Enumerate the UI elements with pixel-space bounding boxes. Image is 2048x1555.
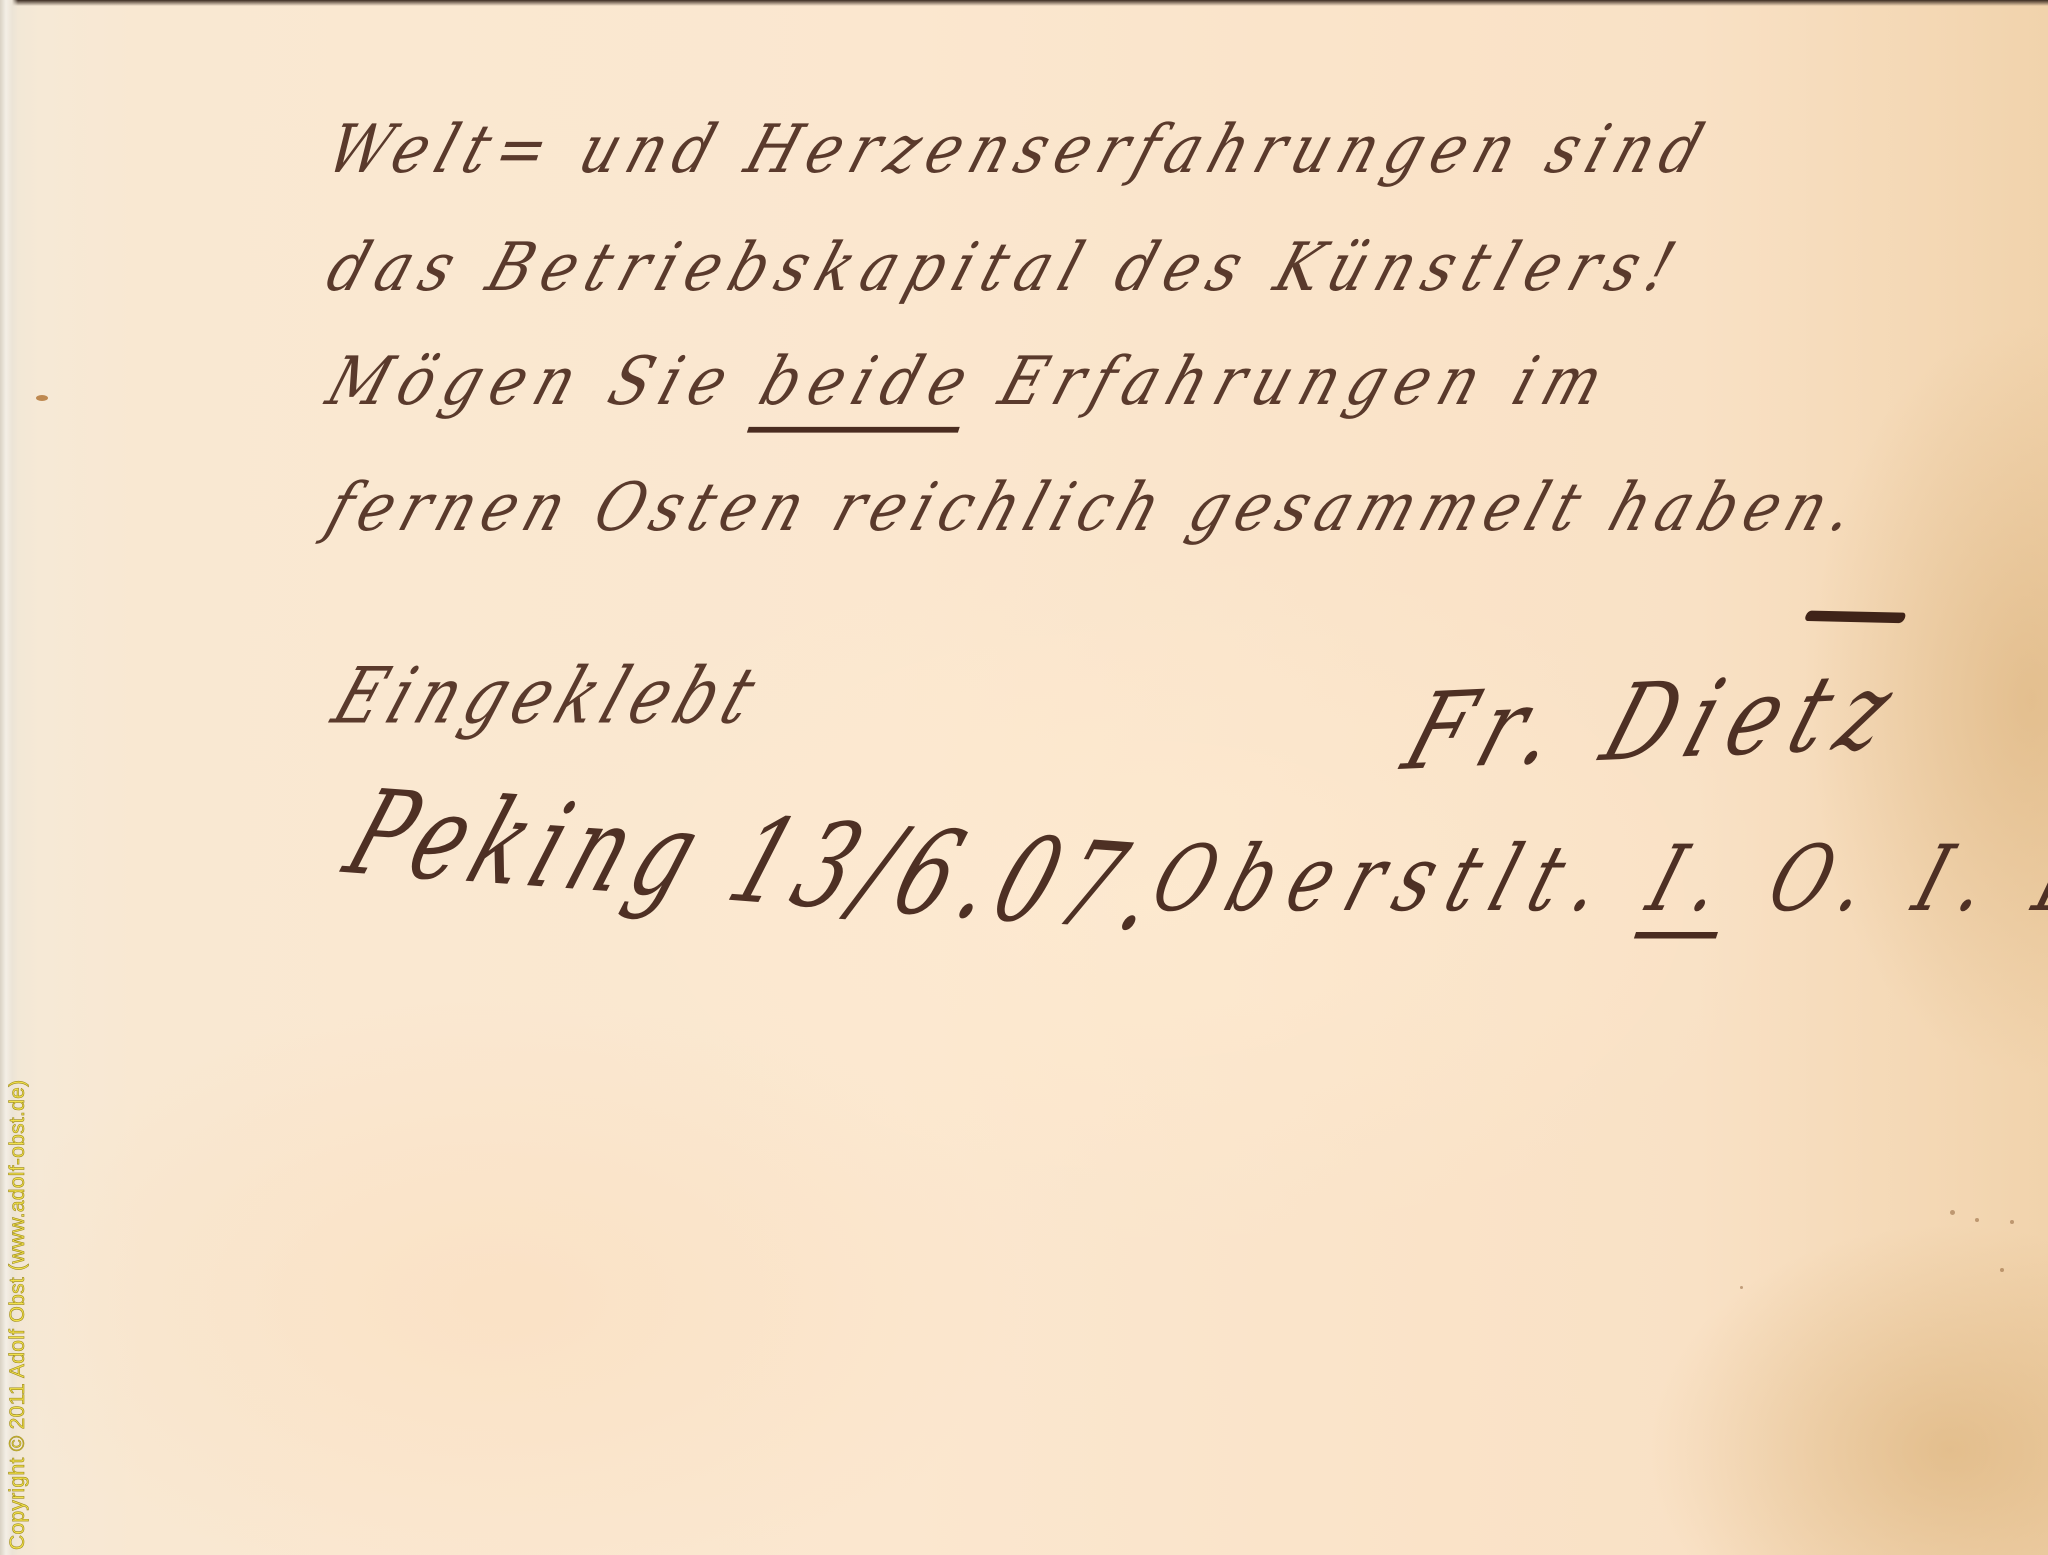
body-line-text: Welt= und Herzenserfahrungen sind bbox=[318, 110, 1721, 188]
place-date: Peking 13/6.07. bbox=[330, 765, 1188, 958]
body-line-text: fernen Osten reichlich gesammelt haben. bbox=[318, 468, 1873, 546]
document-page: Welt= und Herzenserfahrungen sind das Be… bbox=[0, 0, 2048, 1555]
body-line-2: das Betriebskapital des Künstlers! bbox=[318, 228, 2033, 306]
signature-title: Oberstlt. I. O. I. R. bbox=[1140, 825, 2048, 932]
copyright-watermark: Copyright © 2011 Adolf Obst (www.adolf-o… bbox=[6, 1080, 30, 1550]
handwritten-text: Welt= und Herzenserfahrungen sind das Be… bbox=[0, 0, 2048, 1555]
signature-name-text: Fr. Dietz bbox=[1390, 650, 1921, 795]
body-line-text: das Betriebskapital des Künstlers! bbox=[318, 228, 1695, 306]
regiment-text: O. I. R. bbox=[1718, 825, 2048, 932]
body-line-text-after: Erfahrungen im bbox=[962, 342, 1623, 420]
body-line-1: Welt= und Herzenserfahrungen sind bbox=[318, 110, 1963, 188]
signature-flourish bbox=[1804, 610, 1907, 623]
closing-word: Eingeklebt bbox=[322, 650, 775, 741]
body-line-4: fernen Osten reichlich gesammelt haben. bbox=[318, 468, 1963, 546]
body-line-text-before: Mögen Sie bbox=[318, 342, 776, 420]
underlined-word: beide bbox=[746, 342, 987, 433]
signature-name: Fr. Dietz bbox=[1390, 650, 1921, 795]
rank-text: Oberstlt. bbox=[1140, 825, 1671, 932]
body-line-3: Mögen Sie beide Erfahrungen im bbox=[318, 342, 2023, 420]
